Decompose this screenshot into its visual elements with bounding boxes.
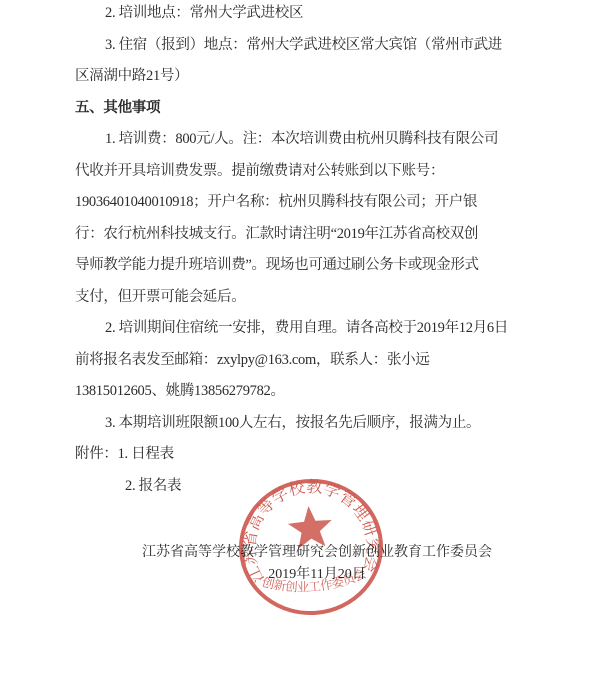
text-line: 1. 培训费：800元/人。注：本次培训费由杭州贝腾科技有限公司	[75, 124, 515, 156]
text-line: 2. 报名表	[75, 471, 515, 503]
text-line: 13815012605、姚腾13856279782。	[75, 376, 515, 408]
text-line: 行：农行杭州科技城支行。汇款时请注明“2019年江苏省高校双创	[75, 219, 515, 251]
document-lines: 2. 培训地点：常州大学武进校区3. 住宿（报到）地点：常州大学武进校区常大宾馆…	[75, 0, 515, 502]
committee-name: 江苏省高等学校教学管理研究会创新创业教育工作委员会	[142, 542, 492, 564]
text-line: 前将报名表发至邮箱：zxylpy@163.com，联系人：张小远	[75, 345, 515, 377]
text-line: 2. 培训地点：常州大学武进校区	[75, 0, 515, 30]
text-line: 附件：1. 日程表	[75, 439, 515, 471]
text-line: 19036401040010918；开户名称：杭州贝腾科技有限公司；开户银	[75, 187, 515, 219]
text-line: 代收并开具培训费发票。提前缴费请对公转账到以下账号：	[75, 156, 515, 188]
text-line: 3. 本期培训班限额100人左右，按报名先后顺序，报满为止。	[75, 408, 515, 440]
text-line: 五、其他事项	[75, 93, 515, 125]
text-line: 支付，但开票可能会延后。	[75, 282, 515, 314]
signature-block: 江苏省高等学校教学管理研究会创新创业教育工作委员会 2019年11月20日	[142, 542, 492, 586]
signature-date: 2019年11月20日	[142, 564, 492, 586]
text-line: 导师教学能力提升班培训费”。现场也可通过刷公务卡或现金形式	[75, 250, 515, 282]
text-line: 区滆湖中路21号）	[75, 61, 515, 93]
document-page: 2. 培训地点：常州大学武进校区3. 住宿（报到）地点：常州大学武进校区常大宾馆…	[0, 0, 591, 674]
text-line: 3. 住宿（报到）地点：常州大学武进校区常大宾馆（常州市武进	[75, 30, 515, 62]
text-line: 2. 培训期间住宿统一安排，费用自理。请各高校于2019年12月6日	[75, 313, 515, 345]
